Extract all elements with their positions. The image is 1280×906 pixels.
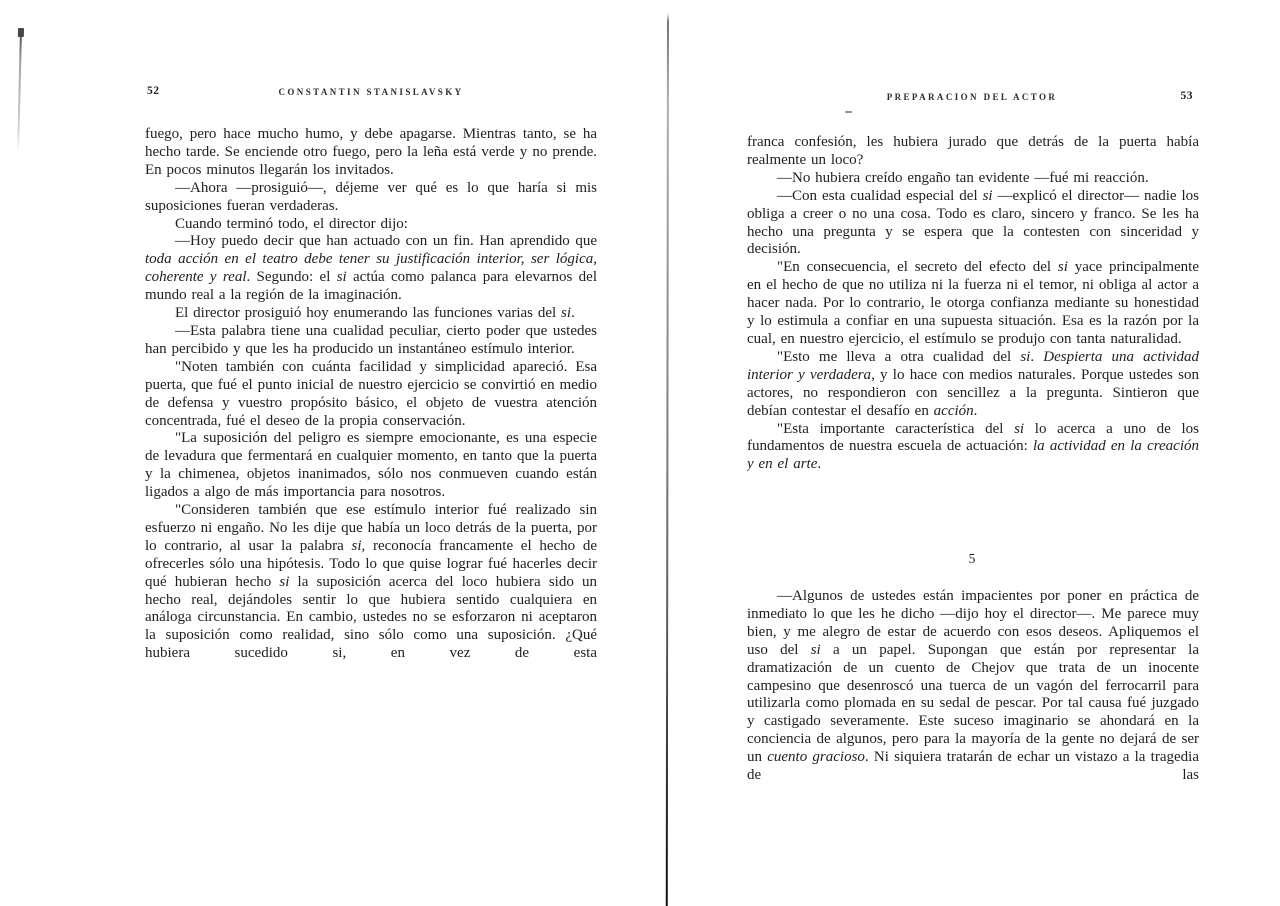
body-text: . [974, 403, 978, 419]
page-fold-line [666, 13, 669, 906]
italic-text: cuento gracioso [767, 749, 865, 765]
left-page-text: fuego, pero hace mucho humo, y debe apag… [145, 126, 597, 794]
paragraph: El director prosiguió hoy enumerando las… [145, 305, 597, 323]
body-text: —Hoy puedo decir que han actuado con un … [175, 233, 597, 249]
italic-text: si [561, 305, 571, 321]
paragraph: fuego, pero hace mucho humo, y debe apag… [145, 126, 597, 180]
paragraph: —Algunos de ustedes están impacientes po… [747, 588, 1199, 785]
italic-text: si [811, 642, 821, 658]
running-title-right: PREPARACION DEL ACTOR [747, 92, 1197, 102]
paragraph: —No hubiera creído engaño tan evidente —… [747, 170, 1199, 188]
body-text: . [571, 305, 575, 321]
paragraph: "En consecuencia, el secreto del efecto … [747, 259, 1199, 349]
body-text: . [817, 456, 821, 472]
paragraph: "Consideren también que ese estímulo int… [145, 502, 597, 663]
italic-text: si [983, 188, 993, 204]
paragraph: Cuando terminó todo, el director dijo: [145, 216, 597, 234]
italic-text: acción [934, 403, 974, 419]
italic-text: si [279, 574, 289, 590]
book-scan: 52 CONSTANTIN STANISLAVSKY fuego, pero h… [0, 0, 1280, 906]
left-page-header: 52 CONSTANTIN STANISLAVSKY [145, 85, 597, 99]
paragraph: "Noten también con cuánta facilidad y si… [145, 359, 597, 431]
body-text: El director prosiguió hoy enumerando las… [175, 305, 561, 321]
italic-text: si [352, 538, 362, 554]
paragraph: —Ahora —prosiguió—, déjeme ver qué es lo… [145, 180, 597, 216]
paragraph: —Con esta cualidad especial del si —expl… [747, 188, 1199, 260]
body-text: —No hubiera creído engaño tan evidente —… [777, 170, 1149, 186]
italic-text: si [1014, 421, 1024, 437]
body-text: "Esta importante característica del [777, 421, 1014, 437]
paragraph: "Esto me lleva a otra cualidad del si. D… [747, 349, 1199, 421]
body-text: franca confesión, les hubiera jurado que… [747, 134, 1199, 168]
right-page-header: PREPARACION DEL ACTOR 53 [747, 90, 1197, 104]
section-heading: 5 [747, 551, 1197, 567]
body-text: "En consecuencia, el secreto del efecto … [777, 259, 1058, 275]
body-text: "Noten también con cuánta facilidad y si… [145, 359, 597, 429]
body-text: —Con esta cualidad especial del [777, 188, 983, 204]
body-text: . [1030, 349, 1043, 365]
page-number-right: 53 [1181, 90, 1194, 102]
paragraph: "Esta importante característica del si l… [747, 421, 1199, 475]
body-text: —Esta palabra tiene una cualidad peculia… [145, 323, 597, 357]
body-text: . Segundo: el [246, 269, 336, 285]
right-page-text-bottom: —Algunos de ustedes están impacientes po… [747, 588, 1199, 820]
italic-text: si [1020, 349, 1030, 365]
body-text: "Esto me lleva a otra cualidad del [777, 349, 1020, 365]
paragraph: —Hoy puedo decir que han actuado con un … [145, 233, 597, 305]
italic-text: si [337, 269, 347, 285]
running-title-left: CONSTANTIN STANISLAVSKY [145, 87, 597, 97]
right-page-text-top: franca confesión, les hubiera jurado que… [747, 134, 1199, 548]
paragraph: franca confesión, les hubiera jurado que… [747, 134, 1199, 170]
body-text: "La suposición del peligro es siempre em… [145, 430, 597, 500]
ink-speck-artifact [845, 111, 852, 113]
scan-streak-artifact [17, 30, 22, 152]
body-text: —Ahora —prosiguió—, déjeme ver qué es lo… [145, 180, 597, 214]
body-text: Cuando terminó todo, el director dijo: [175, 216, 408, 232]
italic-text: si [1058, 259, 1068, 275]
paragraph: —Esta palabra tiene una cualidad peculia… [145, 323, 597, 359]
body-text: fuego, pero hace mucho humo, y debe apag… [145, 126, 597, 178]
body-text: a un papel. Supongan que están por repre… [747, 642, 1199, 765]
paragraph: "La suposición del peligro es siempre em… [145, 430, 597, 502]
